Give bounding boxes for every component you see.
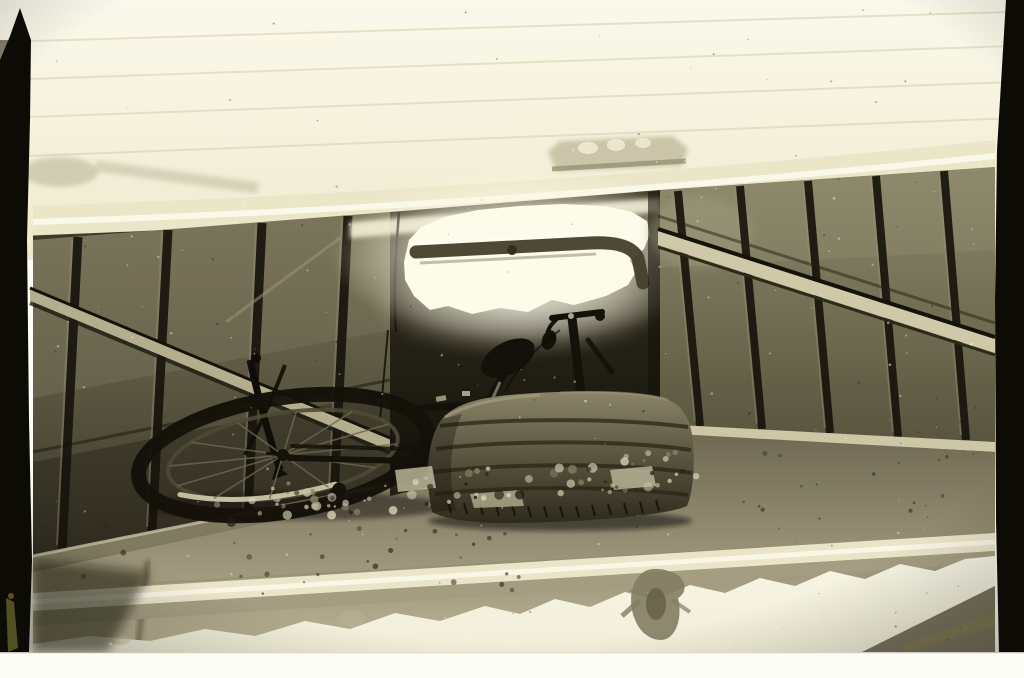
grain-dot <box>816 484 818 486</box>
grain-dot <box>897 532 899 534</box>
grain-dot <box>811 308 812 309</box>
grain-dot <box>374 51 376 53</box>
grain-dot <box>367 32 370 35</box>
grain-dot <box>627 629 629 631</box>
grain-dot <box>889 420 890 421</box>
grain-dot <box>896 226 897 227</box>
grain-dot <box>960 628 961 629</box>
grain-dot <box>554 376 556 378</box>
grain-dot <box>729 644 731 646</box>
grain-dot <box>916 182 917 183</box>
grain-dot <box>845 437 847 439</box>
grain-dot <box>970 343 973 346</box>
grain-dot <box>828 250 830 252</box>
grain-dot <box>900 443 901 444</box>
grain-dot <box>478 385 479 386</box>
grain-dot <box>344 144 347 147</box>
grain-dot <box>690 67 691 68</box>
grain-dot <box>98 306 99 307</box>
grain-dot <box>518 206 520 208</box>
grain-dot <box>232 434 234 436</box>
grain-dot <box>604 443 605 444</box>
grain-dot <box>420 627 421 628</box>
grain-dot <box>908 509 912 513</box>
grain-dot <box>520 206 523 209</box>
grain-dot <box>931 305 933 307</box>
grain-dot <box>335 186 337 188</box>
grain-dot <box>84 245 86 247</box>
grain-dot <box>470 262 472 264</box>
grain-dot <box>930 12 931 13</box>
grain-dot <box>131 235 133 237</box>
grain-dot <box>499 582 504 587</box>
grain-dot <box>904 80 906 82</box>
grain-dot <box>233 314 235 316</box>
grain-dot <box>117 176 118 177</box>
grain-dot <box>972 453 974 455</box>
grain-dot <box>238 127 240 129</box>
grain-dot <box>778 454 782 458</box>
grain-dot <box>717 126 718 127</box>
grain-dot <box>142 306 143 307</box>
grain-dot <box>517 575 521 579</box>
grain-dot <box>595 564 596 565</box>
grain-dot <box>472 543 475 546</box>
grain-dot <box>47 56 49 58</box>
grain-dot <box>923 529 924 530</box>
grain-dot <box>769 352 771 354</box>
grain-dot <box>905 334 907 336</box>
grain-dot <box>621 20 623 22</box>
grain-dot <box>795 541 796 542</box>
grain-dot <box>487 536 492 541</box>
grain-dot <box>126 264 128 266</box>
grain-dot <box>934 191 935 192</box>
grain-dot <box>941 494 945 498</box>
grain-dot <box>858 382 860 384</box>
grain-dot <box>404 529 407 532</box>
grain-dot <box>763 615 766 618</box>
grain-dot <box>422 206 424 208</box>
grain-dot <box>647 591 649 593</box>
grain-dot <box>635 526 637 528</box>
grain-dot <box>56 60 57 61</box>
grain-dot <box>229 99 231 101</box>
grain-dot <box>638 133 640 135</box>
grain-dot <box>458 364 460 366</box>
grain-dot <box>713 53 715 55</box>
grain-dot <box>817 615 820 618</box>
grain-dot <box>348 520 350 522</box>
grain-dot <box>286 554 288 556</box>
grain-dot <box>455 534 458 537</box>
grain-dot <box>710 392 713 395</box>
grain-dot <box>451 579 457 585</box>
grain-dot <box>216 323 218 325</box>
grain-dot <box>373 564 379 570</box>
grain-dot <box>468 625 469 626</box>
grain-dot <box>701 197 703 199</box>
grain-dot <box>187 555 189 557</box>
grain-dot <box>234 396 236 398</box>
grain-dot <box>630 590 632 592</box>
grain-dot <box>904 315 905 316</box>
grain-dot <box>57 345 60 348</box>
grain-dot <box>925 505 927 507</box>
grain-dot <box>388 548 393 553</box>
grain-dot <box>499 196 501 198</box>
grain-dot <box>374 277 376 279</box>
grain-dot <box>239 575 242 578</box>
grain-dot <box>707 245 709 247</box>
grain-dot <box>253 353 255 355</box>
grain-dot <box>656 161 658 163</box>
photograph <box>0 0 1024 678</box>
grain-dot <box>386 533 387 534</box>
grain-dot <box>708 296 710 298</box>
grain-dot <box>529 611 531 613</box>
film-border-left <box>0 8 32 652</box>
grain-dot <box>246 554 252 560</box>
grain-dot <box>947 639 948 640</box>
grain-dot <box>231 337 232 338</box>
grain-dot <box>872 264 874 266</box>
grain-dot <box>758 505 761 508</box>
grain-dot <box>760 507 764 511</box>
grain-dot <box>766 79 767 80</box>
grain-dot <box>533 399 535 401</box>
grain-dot <box>345 516 347 518</box>
grain-dot <box>762 451 767 456</box>
grain-dot <box>262 592 264 594</box>
grain-dot <box>352 109 353 110</box>
grain-dot <box>815 429 816 430</box>
grain-dot <box>959 420 962 423</box>
grain-dot <box>197 501 199 503</box>
grain-dot <box>136 41 137 42</box>
grain-dot <box>563 91 564 92</box>
grain-dot <box>599 35 600 36</box>
grain-dot <box>642 410 644 412</box>
grain-dot <box>926 593 927 594</box>
grain-dot <box>299 513 302 516</box>
grain-dot <box>486 302 488 304</box>
grain-dot <box>432 529 437 534</box>
grain-dot <box>895 625 897 627</box>
grain-dot <box>913 501 916 504</box>
grain-dot <box>810 563 811 564</box>
grain-dot <box>362 533 364 535</box>
grain-dot <box>469 381 471 383</box>
grain-dot <box>597 543 599 545</box>
grain-dot <box>519 416 521 418</box>
grain-dot <box>571 224 572 225</box>
grain-dot <box>670 48 671 49</box>
grain-dot <box>768 35 769 36</box>
grain-dot <box>958 585 960 587</box>
grain-dot <box>818 593 819 594</box>
grain-dot <box>523 379 524 380</box>
grain-dot <box>510 588 515 593</box>
grain-dot <box>667 533 669 535</box>
grain-dot <box>481 525 483 527</box>
grain-dot <box>459 476 461 478</box>
grain-dot <box>126 108 127 109</box>
grain-dot <box>776 627 778 629</box>
grain-dot <box>626 295 627 296</box>
grain-dot <box>439 582 441 584</box>
grain-dot <box>898 500 899 501</box>
grain-dot <box>131 336 133 338</box>
grain-dot <box>696 593 698 595</box>
grain-dot <box>665 45 666 46</box>
grain-dot <box>906 352 908 354</box>
photo-canvas <box>0 0 1024 678</box>
grain-dot <box>871 297 873 299</box>
grain-dot <box>529 357 531 359</box>
grain-dot <box>170 332 172 334</box>
grain-dot <box>834 141 836 143</box>
grain-dot <box>301 224 303 226</box>
grain-dot <box>572 148 575 151</box>
grain-dot <box>899 395 901 397</box>
grain-dot <box>465 11 467 13</box>
grain-dot <box>212 258 214 260</box>
grain-dot <box>547 217 549 219</box>
grain-dot <box>658 266 660 268</box>
grain-dot <box>381 393 383 395</box>
grain-dot <box>823 234 825 236</box>
grain-dot <box>251 407 252 408</box>
grain-dot <box>467 208 468 209</box>
grain-dot <box>309 533 311 535</box>
grain-dot <box>743 501 745 503</box>
grain-dot <box>317 120 319 122</box>
grain-dot <box>316 573 319 576</box>
grain-dot <box>945 455 949 459</box>
grain-dot <box>410 306 412 308</box>
grain-dot <box>255 348 256 349</box>
grain-dot <box>512 467 514 469</box>
grain-dot <box>764 107 766 109</box>
grain-dot <box>862 9 864 11</box>
grain-dot <box>799 145 801 147</box>
grain-dot <box>747 39 748 40</box>
grain-dot <box>303 581 305 583</box>
grain-dot <box>70 11 73 14</box>
paper-margin <box>0 653 1024 678</box>
grain-dot <box>508 119 509 120</box>
grain-dot <box>684 160 686 162</box>
grain-dot <box>875 101 877 103</box>
grain-dot <box>833 197 836 200</box>
grain-dot <box>973 243 975 245</box>
grain-dot <box>879 88 881 90</box>
grain-dot <box>938 459 941 462</box>
grain-dot <box>348 223 351 226</box>
grain-dot <box>273 23 275 25</box>
grain-dot <box>326 312 327 313</box>
grain-dot <box>243 204 246 207</box>
grain-dot <box>90 564 91 565</box>
grain-dot <box>748 412 751 415</box>
grain-dot <box>505 572 508 575</box>
grain-dot <box>974 407 976 409</box>
grain-dot <box>637 515 638 516</box>
grain-dot <box>943 542 945 544</box>
grain-dot <box>665 353 666 354</box>
grain-dot <box>584 400 587 403</box>
grain-dot <box>233 542 235 544</box>
grain-dot <box>357 526 362 531</box>
grain-dot <box>91 8 94 11</box>
grain-dot <box>778 527 780 529</box>
grain-dot <box>538 629 540 631</box>
grain-dot <box>872 472 876 476</box>
grain-dot <box>77 423 79 425</box>
grain-dot <box>521 369 522 370</box>
grain-dot <box>603 97 605 99</box>
grain-dot <box>757 422 759 424</box>
grain-dot <box>230 573 232 575</box>
grain-dot <box>296 45 298 47</box>
grain-dot <box>501 507 503 509</box>
grain-dot <box>182 249 184 251</box>
grain-dot <box>801 88 803 90</box>
grain-dot <box>288 11 290 13</box>
grain-dot <box>594 438 596 440</box>
grain-dot <box>609 404 611 406</box>
grain-dot <box>120 550 126 556</box>
grain-dot <box>696 220 699 223</box>
grain-dot <box>459 556 461 558</box>
grain-dot <box>800 485 803 488</box>
grain-dot <box>784 59 786 61</box>
grain-dot <box>339 373 341 375</box>
grain-dot <box>818 517 820 519</box>
grain-dot <box>55 351 57 353</box>
grain-dot <box>775 95 776 96</box>
grain-dot <box>366 560 369 563</box>
grain-dot <box>927 516 929 518</box>
grain-dot <box>448 234 449 235</box>
grain-dot <box>574 380 577 383</box>
grain-dot <box>113 531 115 533</box>
grain-dot <box>110 643 112 645</box>
photo-page <box>0 0 1024 678</box>
grain-dot <box>451 284 452 285</box>
grain-dot <box>919 432 920 433</box>
grain-dot <box>84 510 86 512</box>
grain-dot <box>287 492 289 494</box>
grain-dot <box>457 379 459 381</box>
grain-dot <box>278 500 280 502</box>
grain-dot <box>831 545 833 547</box>
grain-dot <box>838 237 840 239</box>
grain-dot <box>263 567 264 568</box>
grain-dot <box>795 155 796 156</box>
grain-dot <box>81 574 86 579</box>
grain-dot <box>403 507 404 508</box>
grain-dot <box>715 187 717 189</box>
grain-dot <box>668 196 669 197</box>
grain-dot <box>936 397 938 399</box>
grain-dot <box>306 269 308 271</box>
grain-dot <box>738 156 740 158</box>
vignette <box>0 0 1024 654</box>
grain-dot <box>496 58 498 60</box>
grain-dot <box>468 150 470 152</box>
grain-dot <box>60 307 61 308</box>
grain-dot <box>466 637 469 640</box>
grain-dot <box>737 282 739 284</box>
grain-dot <box>264 572 269 577</box>
grain-dot <box>320 554 325 559</box>
grain-dot <box>481 200 482 201</box>
grain-dot <box>361 627 362 628</box>
grain-dot <box>503 532 506 535</box>
grain-dot <box>56 501 57 502</box>
grain-dot <box>67 321 68 322</box>
grain-dot <box>512 613 513 614</box>
grain-dot <box>889 363 892 366</box>
grain-dot <box>335 341 337 343</box>
grain-dot <box>887 322 890 325</box>
grain-dot <box>518 44 520 46</box>
grain-dot <box>444 617 446 619</box>
grain-dot <box>971 228 973 230</box>
grain-dot <box>895 612 897 614</box>
grain-dot <box>507 271 508 272</box>
border-fringe-orange <box>8 593 14 599</box>
grain-dot <box>103 524 106 527</box>
grain-dot <box>396 538 398 540</box>
grain-dot <box>316 360 317 361</box>
grain-dot <box>409 157 410 158</box>
grain-dot <box>775 290 776 291</box>
grain-dot <box>157 256 159 258</box>
grain-dot <box>830 80 832 82</box>
grain-dot <box>441 354 444 357</box>
grain-dot <box>898 462 900 464</box>
grain-dot <box>736 92 738 94</box>
grain-dot <box>266 468 269 471</box>
grain-dot <box>83 386 86 389</box>
grain-dot <box>922 580 924 582</box>
grain-dot <box>838 178 840 180</box>
grain-dot <box>654 59 656 61</box>
grain-dot <box>936 427 937 428</box>
